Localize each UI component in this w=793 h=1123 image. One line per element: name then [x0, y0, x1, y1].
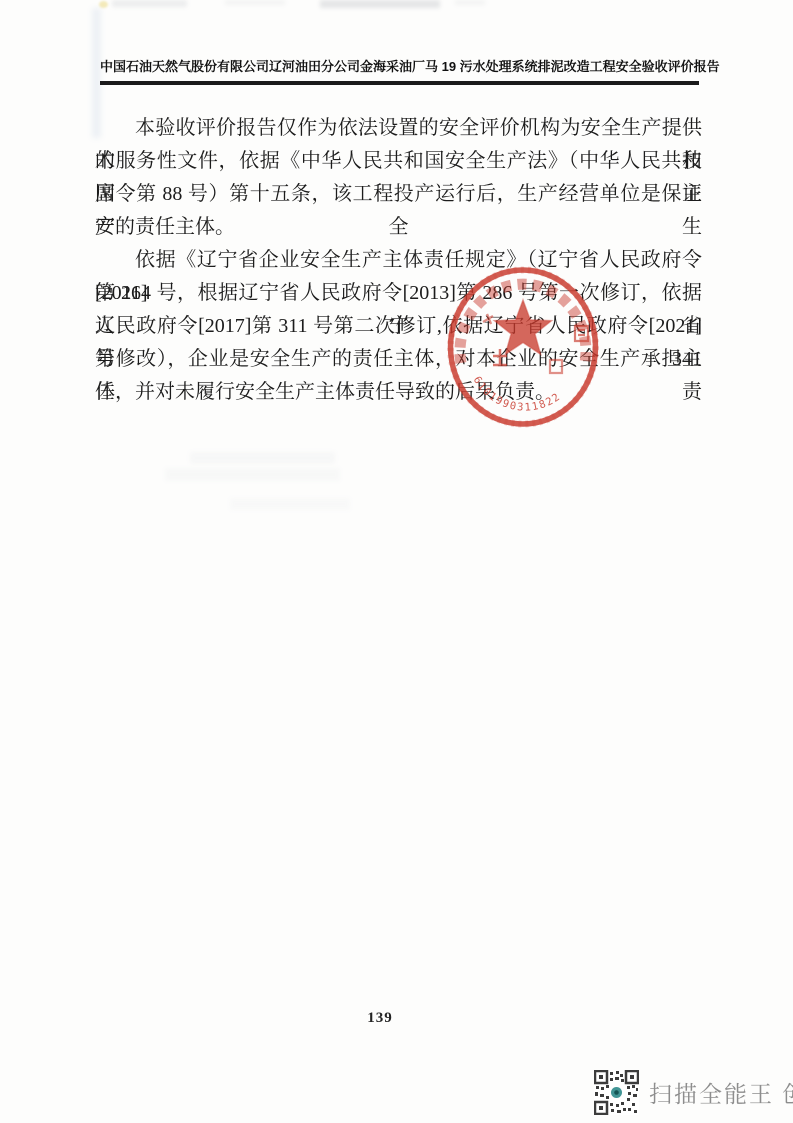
scan-artifact: [112, 0, 187, 7]
text-line: 第 264 号，根据辽宁省人民政府令[2013]第 286 号第一次修订，依据辽…: [95, 277, 702, 310]
svg-text:6101990311822: 6101990311822: [471, 374, 564, 413]
document-page: 中国石油天然气股份有限公司辽河油田分公司金海采油厂马 19 污水处理系统排泥改造…: [0, 0, 793, 1123]
text-line: 术服务性文件，依据《中华人民共和国安全生产法》（中华人民共和国主: [95, 145, 702, 178]
text-line: 本验收评价报告仅作为依法设置的安全评价机构为安全生产提供的技: [95, 112, 702, 145]
scan-artifact: [320, 0, 440, 8]
scan-bleedthrough: [190, 452, 335, 464]
scan-artifact: [99, 1, 108, 8]
scan-artifact: [455, 0, 485, 5]
text-line: 依据《辽宁省企业安全生产主体责任规定》（辽宁省人民政府令[2011]: [95, 244, 702, 277]
scanner-watermark: 扫描全能王 创建: [594, 1068, 793, 1116]
text-line: 席令第 88 号）第十五条，该工程投产运行后，生产经营单位是保证安全生: [95, 178, 702, 211]
qr-code-icon: [594, 1070, 639, 1115]
header-rule: [100, 81, 699, 85]
red-seal-stamp: 6101990311822: [447, 264, 603, 432]
paragraph-2: 依据《辽宁省企业安全生产主体责任规定》（辽宁省人民政府令[2011] 第 264…: [95, 244, 702, 409]
scan-artifact: [225, 0, 285, 5]
paragraph-1: 本验收评价报告仅作为依法设置的安全评价机构为安全生产提供的技 术服务性文件，依据…: [95, 112, 702, 244]
scan-bleedthrough: [165, 468, 340, 481]
scan-bleedthrough: [230, 498, 350, 510]
body-text: 本验收评价报告仅作为依法设置的安全评价机构为安全生产提供的技 术服务性文件，依据…: [95, 112, 702, 409]
stamp-serial-number: 6101990311822: [471, 374, 564, 413]
text-line: 人民政府令[2017]第 311 号第二次修订,依据辽宁省人民政府令[2021]…: [95, 310, 702, 343]
watermark-label: 扫描全能王 创建: [649, 1076, 793, 1109]
text-line: 号修改），企业是安全生产的责任主体，对本企业的安全生产承担主体责: [95, 343, 702, 376]
page-header-title: 中国石油天然气股份有限公司辽河油田分公司金海采油厂马 19 污水处理系统排泥改造…: [100, 56, 700, 75]
page-number: 139: [0, 1010, 760, 1027]
